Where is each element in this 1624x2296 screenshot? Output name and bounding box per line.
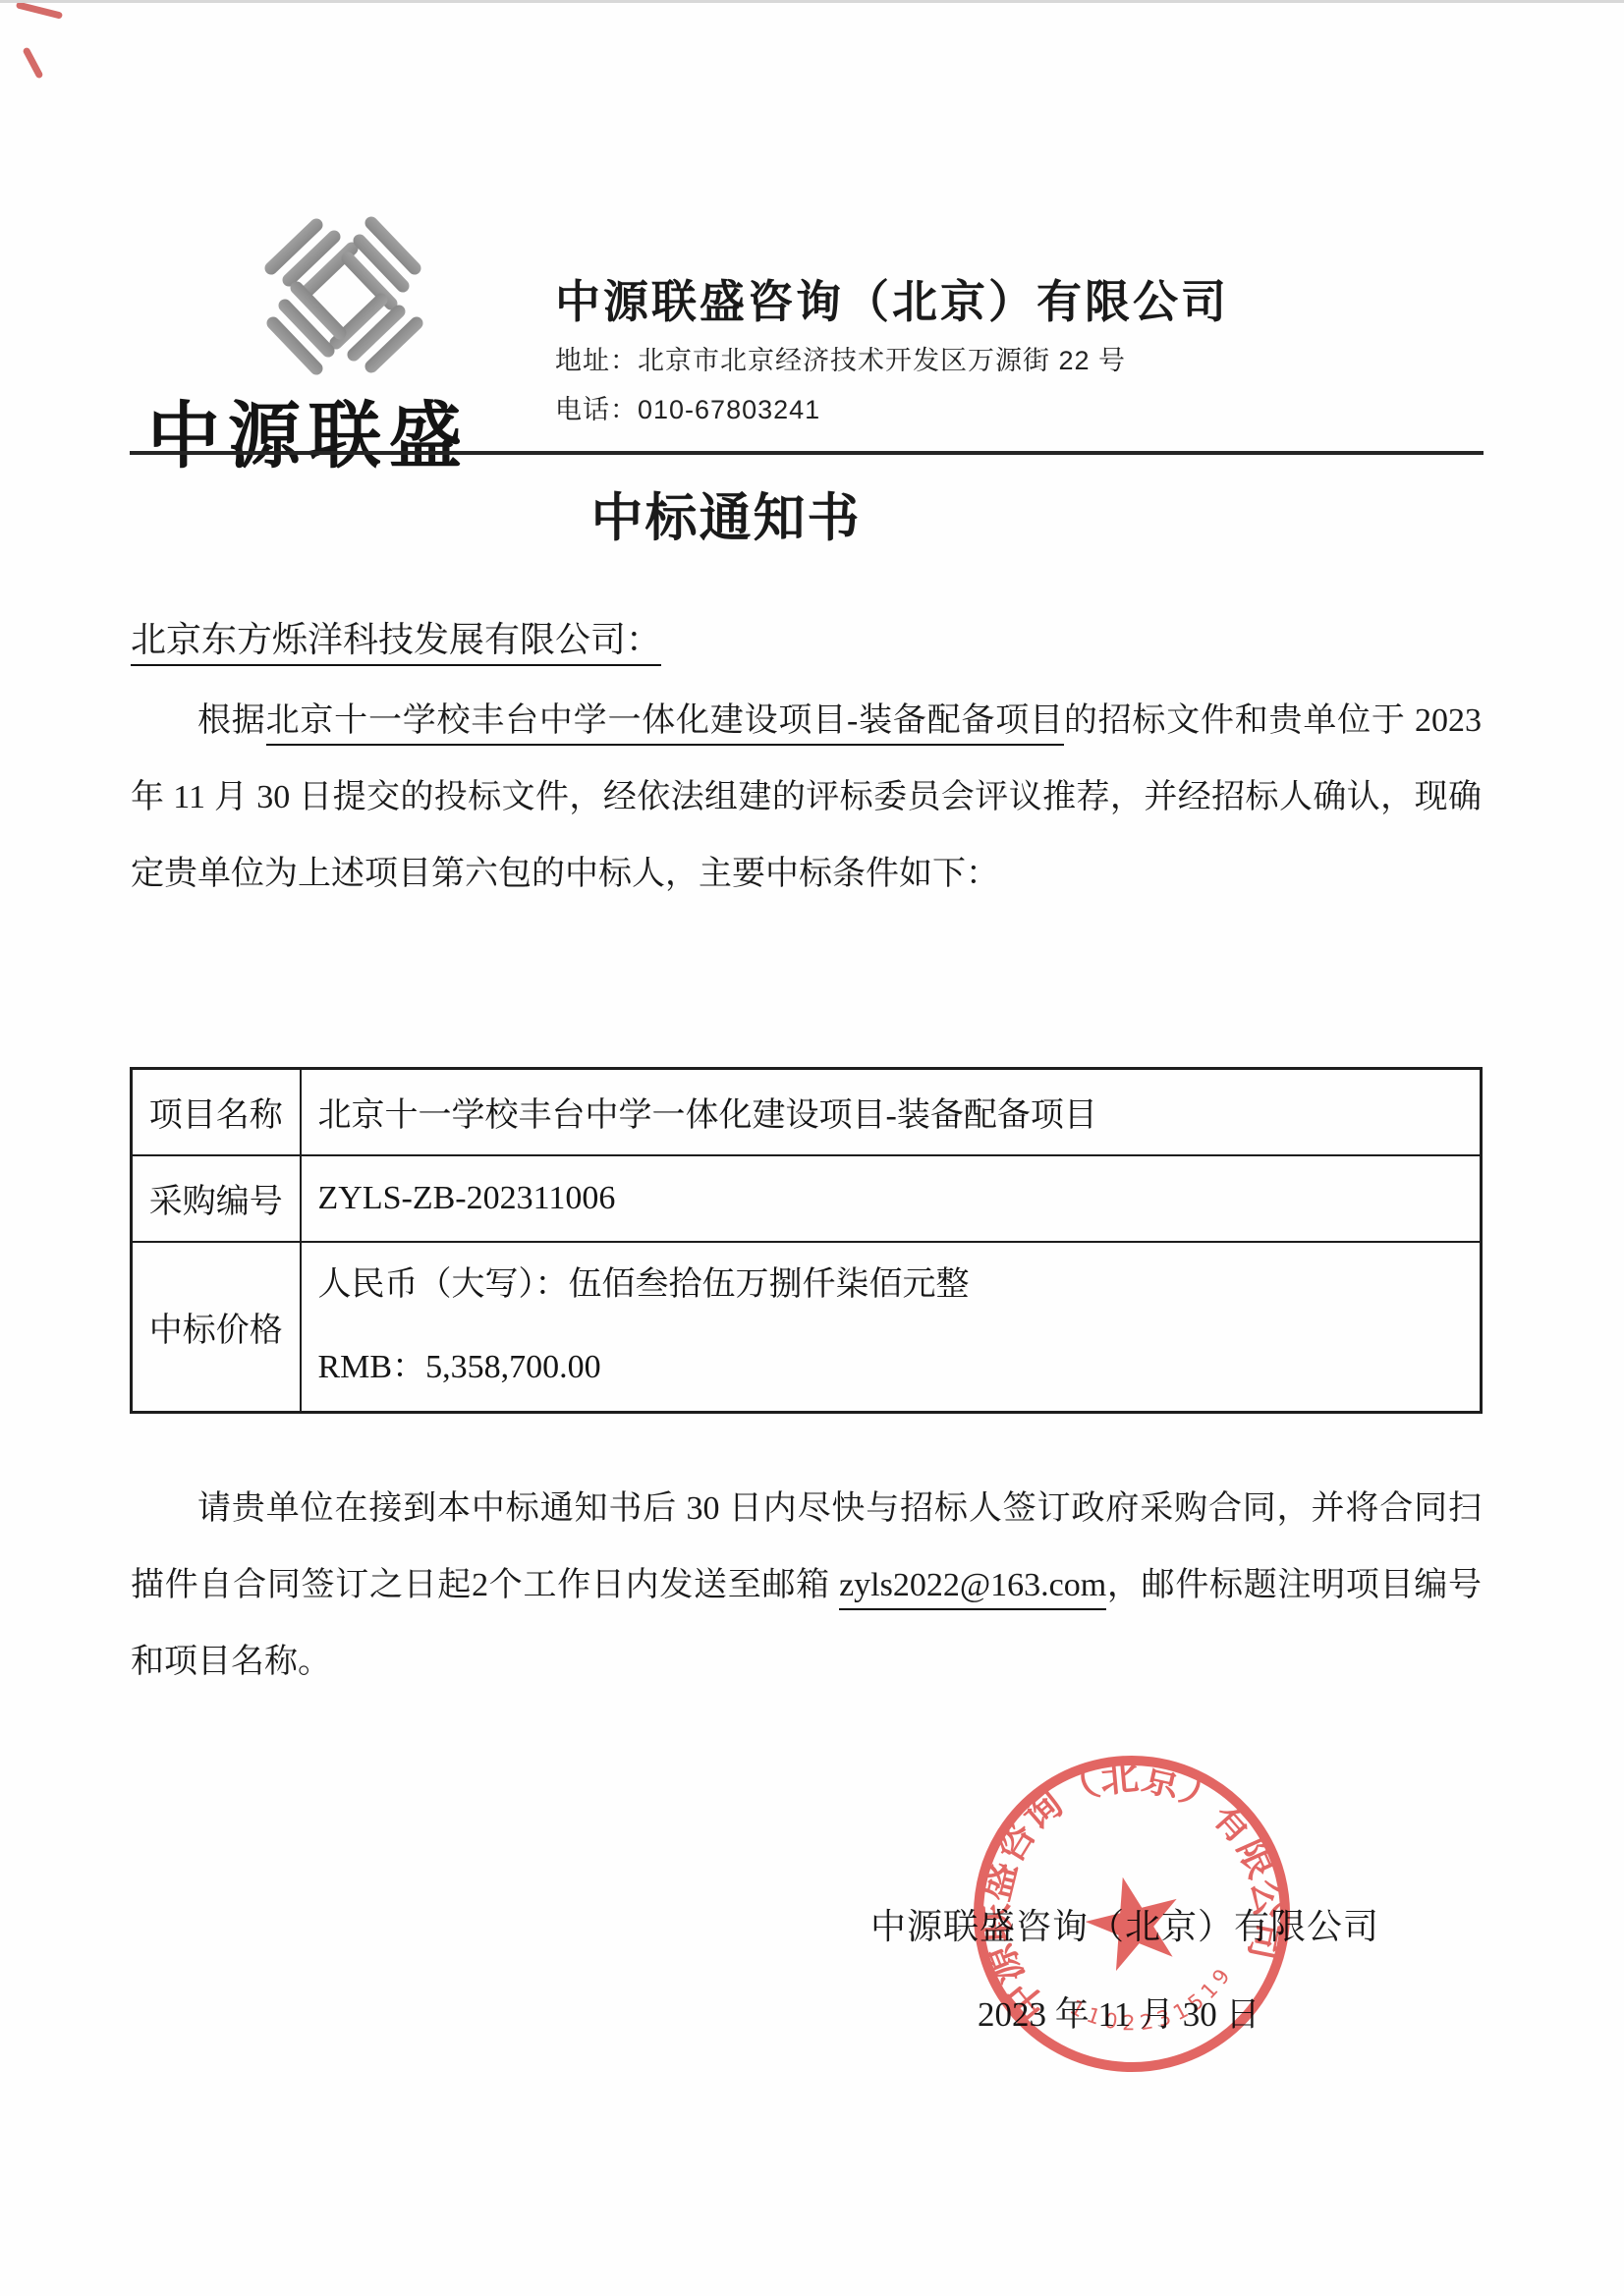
- paragraph-instructions: 请贵单位在接到本中标通知书后 30 日内尽快与招标人签订政府采购合同，并将合同扫…: [131, 1471, 1482, 1701]
- row-value: ZYLS-ZB-202311006: [301, 1155, 1482, 1242]
- company-phone: 电话：010-67803241: [555, 388, 820, 426]
- company-address: 地址：北京市北京经济技术开发区万源街 22 号: [555, 339, 1126, 377]
- row-label: 项目名称: [132, 1069, 301, 1155]
- award-details-table: 项目名称 北京十一学校丰台中学一体化建设项目-装备配备项目 采购编号 ZYLS-…: [130, 1067, 1483, 1414]
- scan-artifact: [22, 46, 43, 79]
- logo-pinwheel-icon: [214, 211, 474, 380]
- table-row: 项目名称 北京十一学校丰台中学一体化建设项目-装备配备项目: [132, 1069, 1482, 1155]
- header-divider: [130, 451, 1484, 455]
- company-name: 中源联盛咨询（北京）有限公司: [555, 266, 1229, 331]
- recipient-line: 北京东方烁洋科技发展有限公司：: [131, 612, 661, 662]
- price-in-words: 人民币（大写）：伍佰叁拾伍万捌仟柒佰元整: [318, 1244, 1481, 1326]
- document-title: 中标通知书: [0, 476, 1452, 551]
- table-row: 中标价格 人民币（大写）：伍佰叁拾伍万捌仟柒佰元整 RMB：5,358,700.…: [132, 1242, 1482, 1413]
- scanned-document-page: 中源联盛 中源联盛咨询（北京）有限公司 地址：北京市北京经济技术开发区万源街 2…: [0, 0, 1624, 2296]
- paragraph-text: 根据: [197, 702, 266, 739]
- company-seal: 中源联盛咨询（北京）有限公司 ★ 1102231519: [929, 1711, 1334, 2116]
- project-name-underlined: 北京十一学校丰台中学一体化建设项目-装备配备项目: [266, 702, 1064, 746]
- logo-wordmark: 中源联盛: [147, 378, 521, 482]
- row-label: 中标价格: [132, 1242, 301, 1413]
- contact-email: zyls2022@163.com: [839, 1567, 1106, 1610]
- table-row: 采购编号 ZYLS-ZB-202311006: [132, 1155, 1482, 1242]
- price-in-figures: RMB：5,358,700.00: [318, 1326, 1481, 1409]
- paragraph-award: 根据北京十一学校丰台中学一体化建设项目-装备配备项目的招标文件和贵单位于 202…: [131, 683, 1482, 913]
- row-value: 北京十一学校丰台中学一体化建设项目-装备配备项目: [301, 1069, 1482, 1155]
- row-value: 人民币（大写）：伍佰叁拾伍万捌仟柒佰元整 RMB：5,358,700.00: [301, 1242, 1482, 1413]
- seal-star-icon: ★: [1063, 1840, 1204, 2005]
- scan-artifact: [16, 1, 63, 19]
- row-label: 采购编号: [132, 1155, 301, 1242]
- recipient-company: 北京东方烁洋科技发展有限公司：: [131, 620, 661, 666]
